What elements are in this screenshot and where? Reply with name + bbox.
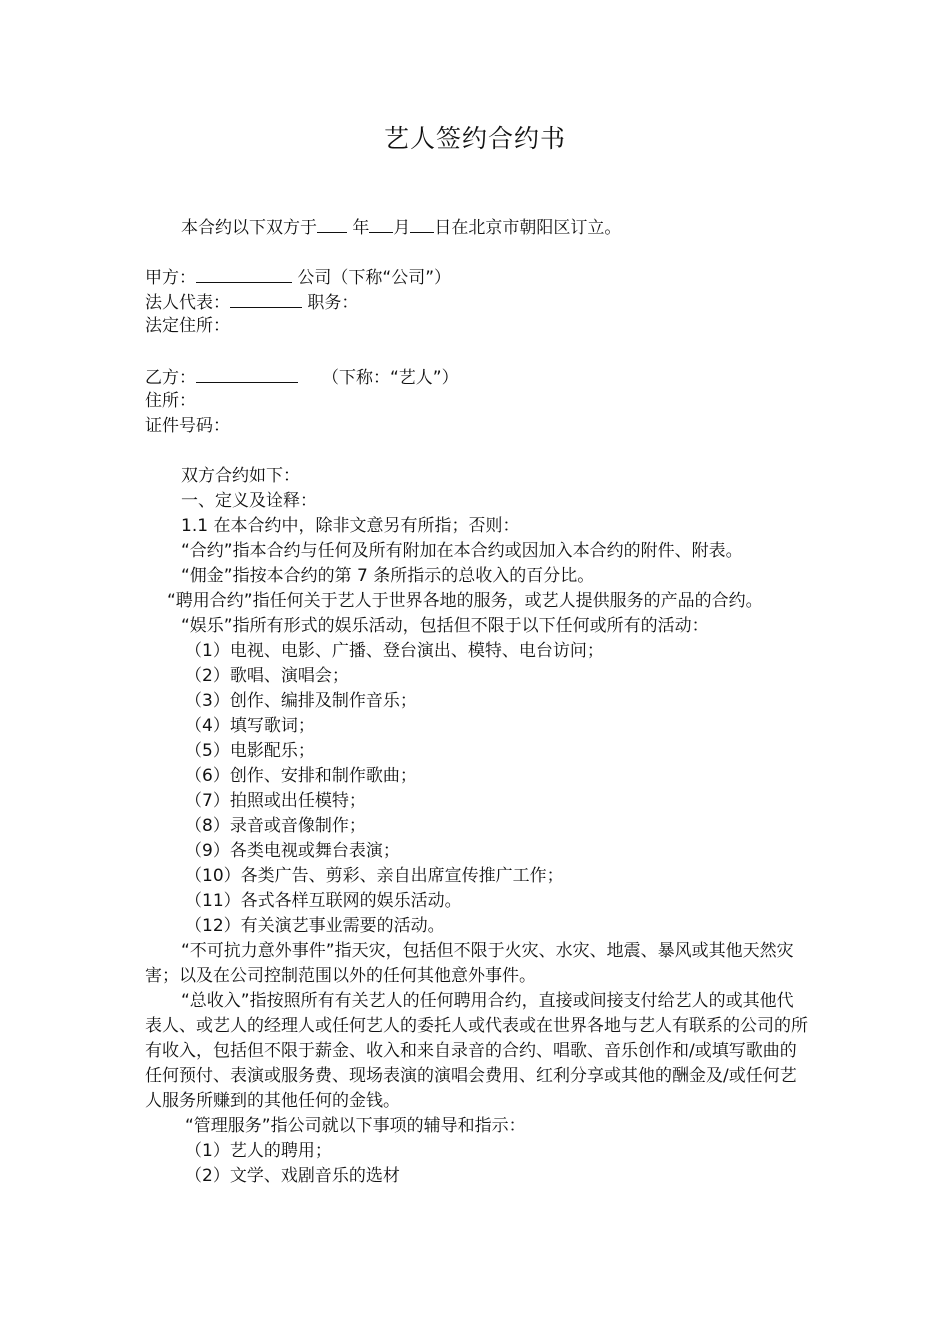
entertainment-item: （11）各式各样互联网的娱乐活动。 [145, 889, 810, 914]
entertainment-item: （6）创作、安排和制作歌曲； [145, 764, 810, 789]
entertainment-item: （8）录音或音像制作； [145, 814, 810, 839]
entertainment-item: （3）创作、编排及制作音乐； [145, 689, 810, 714]
section-1-heading: 一、定义及诠释： [145, 489, 810, 514]
document-title: 艺人签约合约书 [0, 122, 950, 156]
position-label: 职务： [302, 293, 358, 313]
definition-gross-income: “总收入”指按照所有有关艺人的任何聘用合约，直接或间接支付给艺人的或其他代表人、… [145, 989, 810, 1114]
definition-management-services: “管理服务”指公司就以下事项的辅导和指示： [145, 1114, 810, 1139]
party-a-label: 甲方： [145, 268, 196, 288]
entertainment-item: （4）填写歌词； [145, 714, 810, 739]
intro-month-label: 月 [393, 218, 410, 238]
entertainment-item: （1）电视、电影、广播、登台演出、模特、电台访问； [145, 639, 810, 664]
year-blank [317, 214, 347, 233]
definition-contract: “合约”指本合约与任何及所有附加在本合约或因加入本合约的附件、附表。 [145, 539, 810, 564]
entertainment-item: （12）有关演艺事业需要的活动。 [145, 914, 810, 939]
intro-year-label: 年 [352, 218, 369, 238]
day-blank [410, 214, 434, 233]
clause-1-1: 1.1 在本合约中，除非文意另有所指；否则： [145, 514, 810, 539]
party-a-line: 甲方： 公司（下称“公司”） [145, 264, 810, 289]
legal-rep-line: 法人代表： 职务： [145, 289, 810, 314]
party-a-company-suffix: 公司（下称“公司”） [292, 268, 451, 288]
party-b-address-line: 住所： [145, 389, 810, 414]
legal-rep-blank [230, 289, 302, 308]
intro-line: 本合约以下双方于 年月日在北京市朝阳区订立。 [145, 214, 810, 239]
month-blank [369, 214, 393, 233]
party-b-alias: （下称：“艺人”） [322, 368, 459, 388]
management-item: （1）艺人的聘用； [145, 1139, 810, 1164]
party-b-id-line: 证件号码： [145, 414, 810, 439]
party-a-name-blank [196, 264, 292, 283]
party-b-label: 乙方： [145, 368, 196, 388]
party-b-line: 乙方：（下称：“艺人”） [145, 364, 810, 389]
agreement-intro: 双方合约如下： [145, 464, 810, 489]
definition-force-majeure: “不可抗力意外事件”指天灾，包括但不限于火灾、水灾、地震、暴风或其他天然灾害；以… [145, 939, 810, 989]
definition-commission: “佣金”指按本合约的第 7 条所指示的总收入的百分比。 [145, 564, 810, 589]
entertainment-item: （10）各类广告、剪彩、亲自出席宣传推广工作； [145, 864, 810, 889]
entertainment-item: （7）拍照或出任模特； [145, 789, 810, 814]
document-body: 本合约以下双方于 年月日在北京市朝阳区订立。 甲方： 公司（下称“公司”） 法人… [145, 214, 810, 1189]
definition-engagement-contract: “聘用合约”指任何关于艺人于世界各地的服务，或艺人提供服务的产品的合约。 [145, 589, 810, 614]
intro-prefix: 本合约以下双方于 [181, 218, 317, 238]
entertainment-item: （2）歌唱、演唱会； [145, 664, 810, 689]
entertainment-item: （9）各类电视或舞台表演； [145, 839, 810, 864]
document-page: 艺人签约合约书 本合约以下双方于 年月日在北京市朝阳区订立。 甲方： 公司（下称… [0, 0, 950, 1344]
definition-entertainment: “娱乐”指所有形式的娱乐活动，包括但不限于以下任何或所有的活动： [145, 614, 810, 639]
management-item: （2）文学、戏剧音乐的选材 [145, 1164, 810, 1189]
entertainment-item: （5）电影配乐； [145, 739, 810, 764]
legal-rep-label: 法人代表： [145, 293, 230, 313]
party-b-name-blank [196, 364, 298, 383]
intro-day-suffix: 日在北京市朝阳区订立。 [434, 218, 621, 238]
party-a-address-line: 法定住所： [145, 314, 810, 339]
